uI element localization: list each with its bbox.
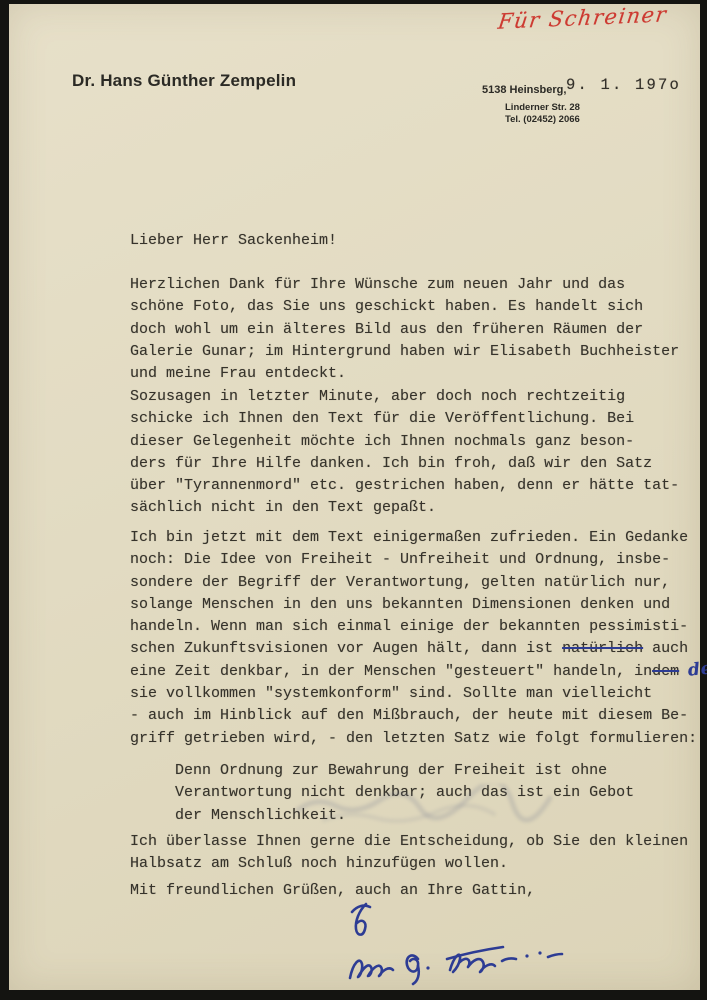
typed-line: Ich bin jetzt mit dem Text einigermaßen … xyxy=(130,527,707,549)
typed-line: Galerie Gunar; im Hintergrund haben wir … xyxy=(130,341,679,363)
typed-line: Halbsatz am Schluß noch hinzufügen wolle… xyxy=(130,853,688,875)
letterhead-city: 5138 Heinsberg, xyxy=(482,84,566,96)
typed-line: - auch im Hinblick auf den Mißbrauch, de… xyxy=(130,705,707,727)
letterhead-phone: Tel. (02452) 2066 xyxy=(505,115,580,125)
typed-text: schicke ich Ihnen den Text für die Veröf… xyxy=(130,410,634,427)
typed-text: eine Zeit denkbar, in der Menschen "gest… xyxy=(130,663,652,680)
typed-text: Sozusagen in letzter Minute, aber doch n… xyxy=(130,388,625,405)
typed-text: - auch im Hinblick auf den Mißbrauch, de… xyxy=(130,707,688,724)
typed-text: über "Tyrannenmord" etc. gestrichen habe… xyxy=(130,477,679,494)
typed-line: schen Zukunftsvisionen vor Augen hält, d… xyxy=(130,638,707,660)
typed-text: noch: Die Idee von Freiheit - Unfreiheit… xyxy=(130,551,670,568)
typed-text: dieser Gelegenheit möchte ich Ihnen noch… xyxy=(130,433,634,450)
letterhead-name: Dr. Hans Günther Zempelin xyxy=(72,72,296,91)
typed-line: griff getrieben wird, - den letzten Satz… xyxy=(130,728,707,750)
ink-struck-word: natürlich xyxy=(562,640,643,657)
red-handwritten-annotation: Für Schreiner xyxy=(496,2,668,35)
typed-text: schen Zukunftsvisionen vor Augen hält, d… xyxy=(130,640,562,657)
typed-line: handeln. Wenn man sich einmal einige der… xyxy=(130,616,707,638)
typed-text: griff getrieben wird, - den letzten Satz… xyxy=(130,730,697,747)
typed-line: über "Tyrannenmord" etc. gestrichen habe… xyxy=(130,475,679,497)
typed-text: sächlich nicht in den Text gepaßt. xyxy=(130,499,436,516)
typed-text: auch xyxy=(643,640,688,657)
paragraph-4: Ich überlasse Ihnen gerne die Entscheidu… xyxy=(130,831,688,876)
typed-line: dieser Gelegenheit möchte ich Ihnen noch… xyxy=(130,431,679,453)
typed-line: solange Menschen in den uns bekannten Di… xyxy=(130,594,707,616)
typed-line: eine Zeit denkbar, in der Menschen "gest… xyxy=(130,661,707,683)
typed-line: schöne Foto, das Sie uns geschickt haben… xyxy=(130,296,679,318)
letter-paper: Für Schreiner Dr. Hans Günther Zempelin … xyxy=(9,4,700,990)
typed-line: sondere der Begriff der Verantwortung, g… xyxy=(130,572,707,594)
typed-line: doch wohl um ein älteres Bild aus den fr… xyxy=(130,319,679,341)
scanned-letter-page: Für Schreiner Dr. Hans Günther Zempelin … xyxy=(0,0,707,1000)
typed-line: ders für Ihre Hilfe danken. Ich bin froh… xyxy=(130,453,679,475)
typed-text: doch wohl um ein älteres Bild aus den fr… xyxy=(130,321,643,338)
typed-line: noch: Die Idee von Freiheit - Unfreiheit… xyxy=(130,549,707,571)
typed-line: Denn Ordnung zur Bewahrung der Freiheit … xyxy=(175,760,634,782)
ink-handwritten-correction: der xyxy=(687,659,707,680)
typed-line: Ich überlasse Ihnen gerne die Entscheidu… xyxy=(130,831,688,853)
typed-line: und meine Frau entdeckt. xyxy=(130,363,679,385)
letterhead-street: Linderner Str. 28 xyxy=(505,103,580,113)
typed-line: Herzlichen Dank für Ihre Wünsche zum neu… xyxy=(130,274,679,296)
typed-text: ders für Ihre Hilfe danken. Ich bin froh… xyxy=(130,455,652,472)
signature-handwriting xyxy=(314,896,604,992)
paragraph-2: Sozusagen in letzter Minute, aber doch n… xyxy=(130,386,679,520)
typed-text: Halbsatz am Schluß noch hinzufügen wolle… xyxy=(130,855,508,872)
paragraph-1: Herzlichen Dank für Ihre Wünsche zum neu… xyxy=(130,274,679,385)
typed-text: Herzlichen Dank für Ihre Wünsche zum neu… xyxy=(130,276,625,293)
ink-bleed-ghost-mark xyxy=(294,784,574,828)
ink-struck-word: dem xyxy=(652,663,679,680)
typed-text: solange Menschen in den uns bekannten Di… xyxy=(130,596,670,613)
typed-text: sondere der Begriff der Verantwortung, g… xyxy=(130,574,670,591)
typed-line: schicke ich Ihnen den Text für die Veröf… xyxy=(130,408,679,430)
typed-text: Denn Ordnung zur Bewahrung der Freiheit … xyxy=(175,762,607,779)
typed-text: handeln. Wenn man sich einmal einige der… xyxy=(130,618,688,635)
typed-line: sächlich nicht in den Text gepaßt. xyxy=(130,497,679,519)
typed-date: 9. 1. 197o xyxy=(566,77,681,94)
typed-text: Galerie Gunar; im Hintergrund haben wir … xyxy=(130,343,679,360)
typed-text: Ich bin jetzt mit dem Text einigermaßen … xyxy=(130,529,688,546)
typed-text: und meine Frau entdeckt. xyxy=(130,365,346,382)
typed-text: sie vollkommen "systemkonform" sind. Sol… xyxy=(130,685,652,702)
typed-line: sie vollkommen "systemkonform" sind. Sol… xyxy=(130,683,707,705)
paragraph-3: Ich bin jetzt mit dem Text einigermaßen … xyxy=(130,527,707,750)
typed-text: Ich überlasse Ihnen gerne die Entscheidu… xyxy=(130,833,688,850)
typed-text: schöne Foto, das Sie uns geschickt haben… xyxy=(130,298,643,315)
salutation: Lieber Herr Sackenheim! xyxy=(130,230,337,252)
typed-line: Sozusagen in letzter Minute, aber doch n… xyxy=(130,386,679,408)
